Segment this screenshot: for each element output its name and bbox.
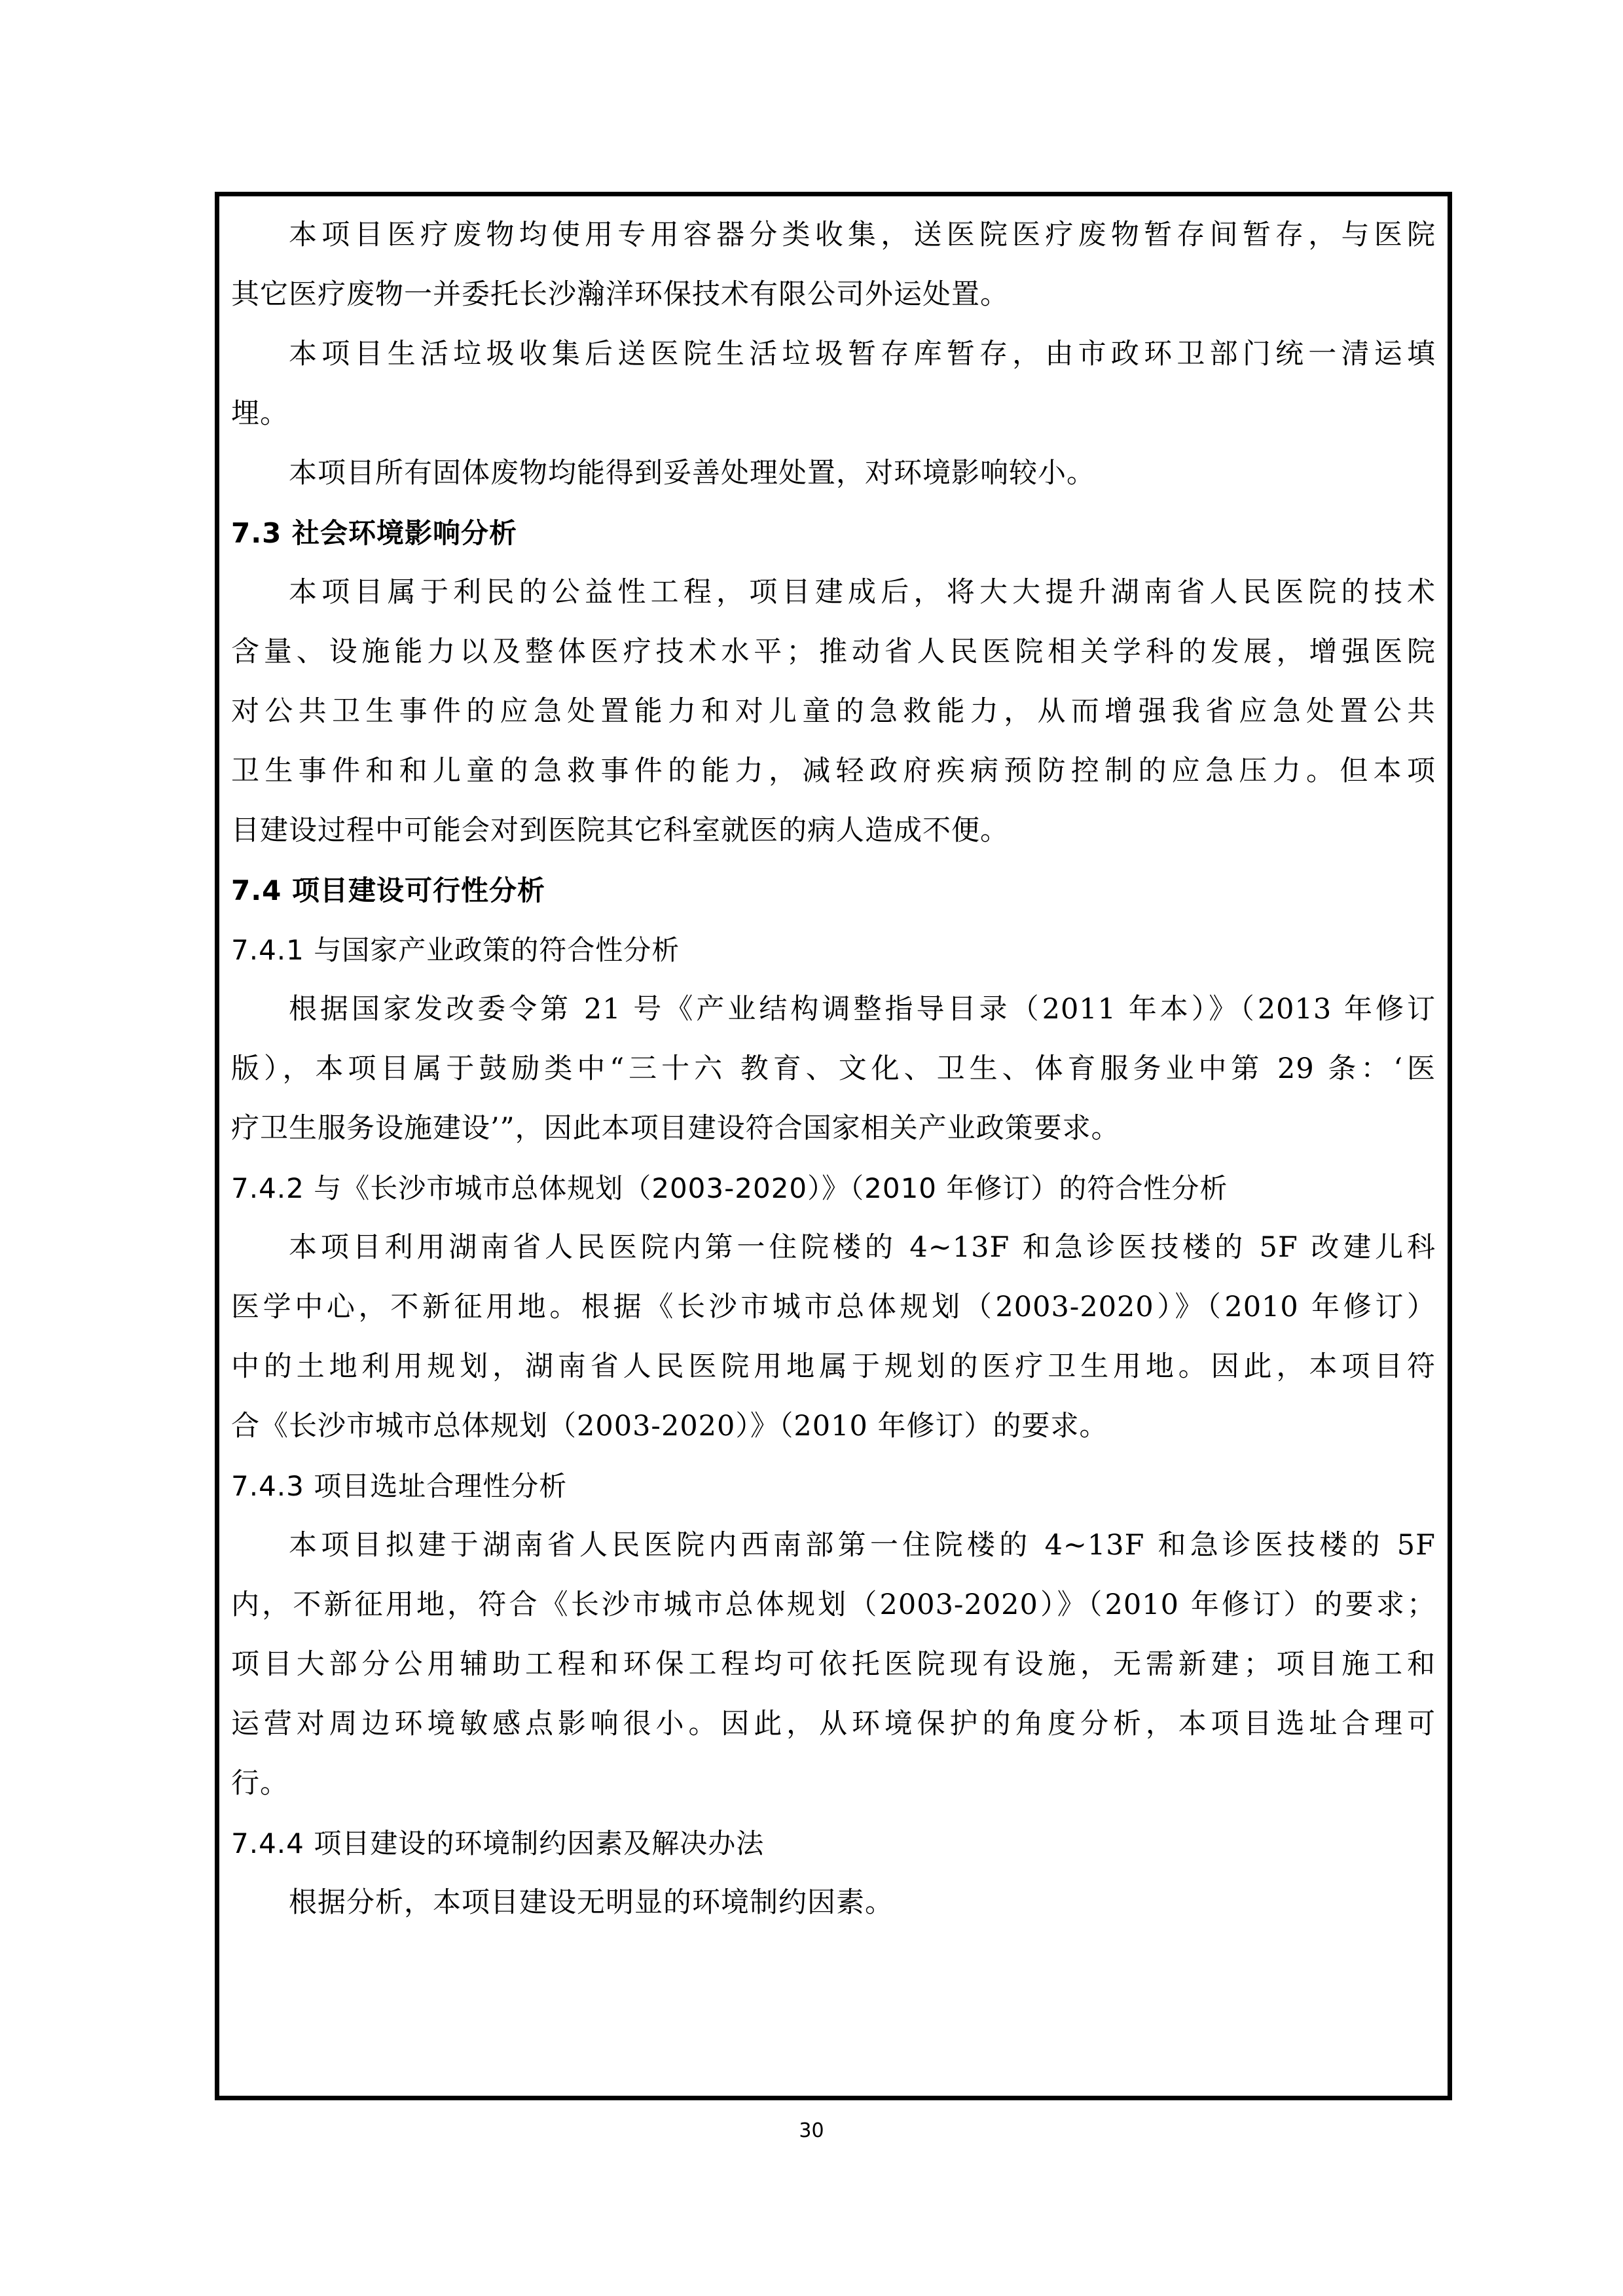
paragraph-social-impact-line-2: 含量、设施能力以及整体医疗技术水平；推动省人民医院相关学科的发展，增强医院: [231, 622, 1436, 682]
paragraph-domestic-waste-line-1: 本项目生活垃圾收集后送医院生活垃圾暂存库暂存，由市政环卫部门统一清运填: [231, 325, 1436, 384]
paragraph-solid-waste-summary: 本项目所有固体废物均能得到妥善处理处置，对环境影响较小。: [231, 444, 1436, 503]
paragraph-site-selection-line-5: 行。: [231, 1754, 1436, 1814]
paragraph-social-impact-line-1: 本项目属于利民的公益性工程，项目建成后，将大大提升湖南省人民医院的技术: [231, 563, 1436, 622]
paragraph-site-selection-line-2: 内，不新征用地，符合《长沙市城市总体规划（2003-2020）》（2010 年修…: [231, 1575, 1436, 1635]
paragraph-site-selection-line-3: 项目大部分公用辅助工程和环保工程均可依托医院现有设施，无需新建；项目施工和: [231, 1635, 1436, 1695]
subsection-heading-7-4-1: 7.4.1 与国家产业政策的符合性分析: [231, 920, 1436, 980]
paragraph-social-impact-line-3: 对公共卫生事件的应急处置能力和对儿童的急救能力，从而增强我省应急处置公共: [231, 682, 1436, 742]
paragraph-medical-waste-line-2: 其它医疗废物一并委托长沙瀚洋环保技术有限公司外运处置。: [231, 265, 1436, 325]
subsection-heading-7-4-3: 7.4.3 项目选址合理性分析: [231, 1456, 1436, 1516]
paragraph-constraints: 根据分析，本项目建设无明显的环境制约因素。: [231, 1873, 1436, 1933]
paragraph-domestic-waste-line-2: 埋。: [231, 384, 1436, 444]
paragraph-medical-waste-line-1: 本项目医疗废物均使用专用容器分类收集，送医院医疗废物暂存间暂存，与医院: [231, 206, 1436, 265]
paragraph-social-impact-line-4: 卫生事件和和儿童的急救事件的能力，减轻政府疾病预防控制的应急压力。但本项: [231, 742, 1436, 801]
content-frame: 本项目医疗废物均使用专用容器分类收集，送医院医疗废物暂存间暂存，与医院 其它医疗…: [215, 192, 1452, 2100]
paragraph-city-plan-line-3: 中的土地利用规划，湖南省人民医院用地属于规划的医疗卫生用地。因此，本项目符: [231, 1337, 1436, 1397]
paragraph-site-selection-line-4: 运营对周边环境敏感点影响很小。因此，从环境保护的角度分析，本项目选址合理可: [231, 1695, 1436, 1754]
section-heading-7-3: 7.3 社会环境影响分析: [231, 503, 1436, 563]
paragraph-industry-policy-line-1: 根据国家发改委令第 21 号《产业结构调整指导目录（2011 年本）》（2013…: [231, 980, 1436, 1039]
section-heading-7-4: 7.4 项目建设可行性分析: [231, 861, 1436, 920]
page-number: 30: [0, 2119, 1623, 2142]
paragraph-city-plan-line-2: 医学中心，不新征用地。根据《长沙市城市总体规划（2003-2020）》（2010…: [231, 1278, 1436, 1337]
paragraph-city-plan-line-1: 本项目利用湖南省人民医院内第一住院楼的 4~13F 和急诊医技楼的 5F 改建儿…: [231, 1218, 1436, 1278]
subsection-heading-7-4-2: 7.4.2 与《长沙市城市总体规划（2003-2020）》（2010 年修订）的…: [231, 1158, 1436, 1218]
paragraph-industry-policy-line-3: 疗卫生服务设施建设’”，因此本项目建设符合国家相关产业政策要求。: [231, 1099, 1436, 1158]
paragraph-city-plan-line-4: 合《长沙市城市总体规划（2003-2020）》（2010 年修订）的要求。: [231, 1397, 1436, 1456]
paragraph-social-impact-line-5: 目建设过程中可能会对到医院其它科室就医的病人造成不便。: [231, 801, 1436, 861]
paragraph-site-selection-line-1: 本项目拟建于湖南省人民医院内西南部第一住院楼的 4~13F 和急诊医技楼的 5F: [231, 1516, 1436, 1575]
paragraph-industry-policy-line-2: 版），本项目属于鼓励类中“三十六 教育、文化、卫生、体育服务业中第 29 条：‘…: [231, 1039, 1436, 1099]
subsection-heading-7-4-4: 7.4.4 项目建设的环境制约因素及解决办法: [231, 1814, 1436, 1873]
page-content: 本项目医疗废物均使用专用容器分类收集，送医院医疗废物暂存间暂存，与医院 其它医疗…: [231, 206, 1436, 1933]
